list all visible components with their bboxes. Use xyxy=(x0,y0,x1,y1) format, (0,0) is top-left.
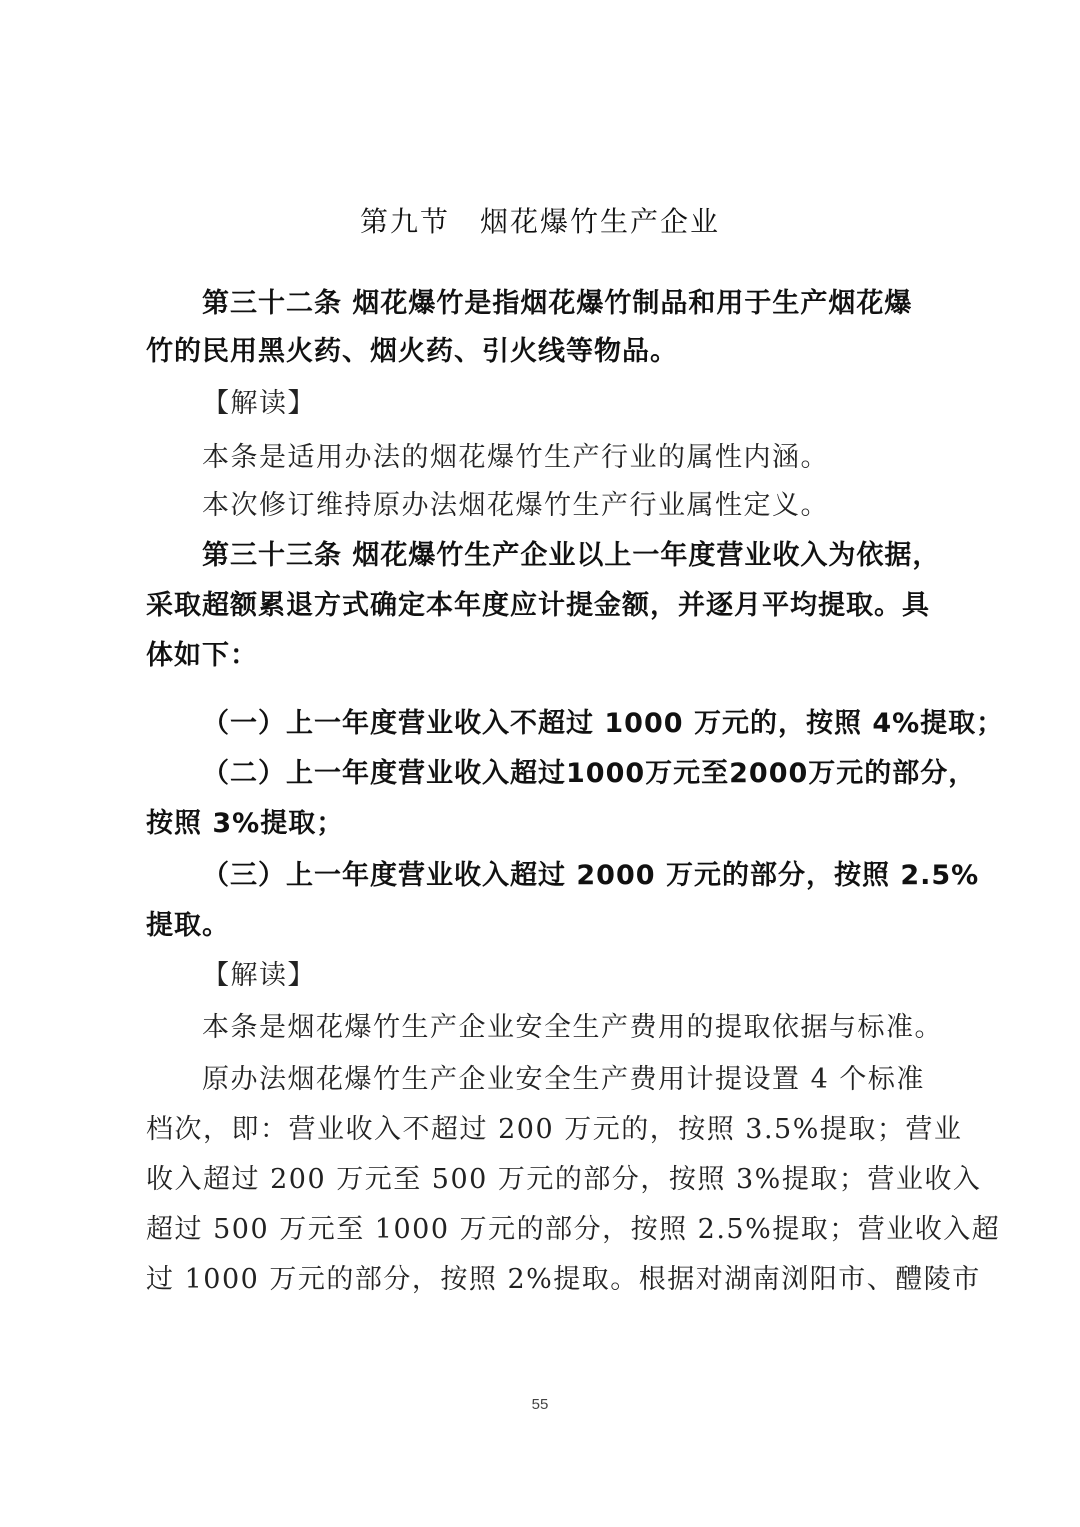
article-33-item-3-cont: 提取。 xyxy=(146,908,946,944)
article-32-line: 第三十二条 烟花爆竹是指烟花爆竹制品和用于生产烟花爆 xyxy=(202,286,1002,322)
article-33-item-1: （一）上一年度营业收入不超过 1000 万元的，按照 4%提取； xyxy=(202,706,1002,742)
article-33-item-2-cont: 按照 3%提取； xyxy=(146,806,946,842)
interpretation-paragraph: 原办法烟花爆竹生产企业安全生产费用计提设置 4 个标准 xyxy=(202,1062,1002,1098)
interpretation-paragraph-line: 收入超过 200 万元至 500 万元的部分，按照 3%提取；营业收入 xyxy=(146,1162,946,1198)
article-33-line: 体如下： xyxy=(146,638,946,674)
article-32-line: 竹的民用黑火药、烟火药、引火线等物品。 xyxy=(146,334,946,370)
interpretation-paragraph-line: 超过 500 万元至 1000 万元的部分，按照 2.5%提取；营业收入超 xyxy=(146,1212,946,1248)
article-33-item-2: （二）上一年度营业收入超过1000万元至2000万元的部分， xyxy=(202,756,1002,792)
page-number: 55 xyxy=(0,1396,1080,1413)
article-33-line: 第三十三条 烟花爆竹生产企业以上一年度营业收入为依据， xyxy=(202,538,1002,574)
interpretation-label: 【解读】 xyxy=(202,958,1002,994)
article-33-item-3: （三）上一年度营业收入超过 2000 万元的部分，按照 2.5% xyxy=(202,858,1002,894)
interpretation-label: 【解读】 xyxy=(202,386,1002,422)
article-33-line: 采取超额累退方式确定本年度应计提金额，并逐月平均提取。具 xyxy=(146,588,946,624)
interpretation-paragraph: 本次修订维持原办法烟花爆竹生产行业属性定义。 xyxy=(202,488,1002,524)
section-heading: 第九节 烟花爆竹生产企业 xyxy=(0,200,1080,240)
interpretation-paragraph: 本条是适用办法的烟花爆竹生产行业的属性内涵。 xyxy=(202,440,1002,476)
interpretation-paragraph: 本条是烟花爆竹生产企业安全生产费用的提取依据与标准。 xyxy=(202,1010,1002,1046)
interpretation-paragraph-line: 过 1000 万元的部分，按照 2%提取。根据对湖南浏阳市、醴陵市 xyxy=(146,1262,946,1298)
interpretation-paragraph-line: 档次，即：营业收入不超过 200 万元的，按照 3.5%提取；营业 xyxy=(146,1112,946,1148)
